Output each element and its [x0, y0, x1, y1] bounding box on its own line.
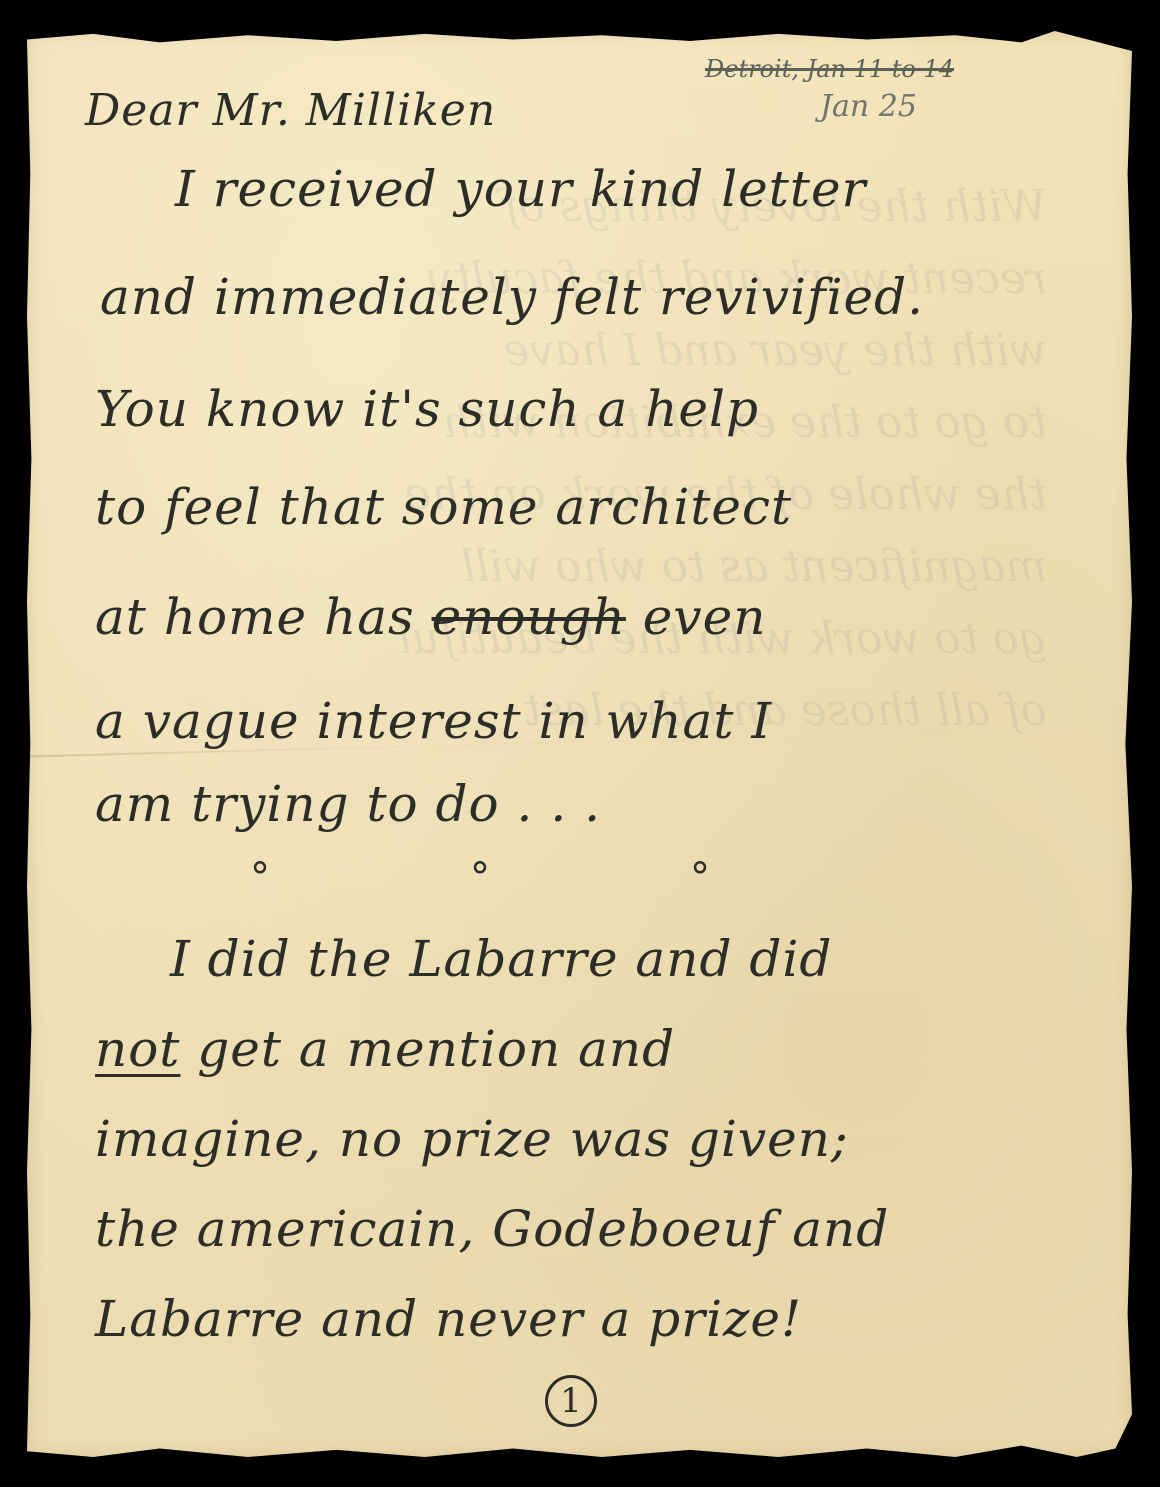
letter-line: You know it's such a help [95, 380, 759, 438]
line-text: at home has [95, 588, 432, 646]
letter-line: a vague interest in what I [95, 692, 772, 750]
letter-line: Labarre and never a prize! [95, 1290, 802, 1348]
salutation: Dear Mr. Milliken [85, 85, 496, 136]
letter-line: I did the Labarre and did [170, 930, 832, 988]
struck-out-word: enough [432, 588, 626, 646]
revised-date: Jan 25 [820, 89, 917, 124]
line-text: I received your kind letter [175, 160, 866, 218]
line-text: a vague interest in what I [95, 692, 772, 750]
letter-line: at home has enough even [95, 588, 766, 646]
letter-line: not get a mention and [95, 1020, 675, 1078]
section-break: ° ° ° [250, 855, 710, 901]
line-text: and immediately felt revivified. [100, 268, 924, 326]
letter-line: the americain, Godeboeuf and [95, 1200, 889, 1258]
line-text: am trying to do . . . [95, 775, 601, 833]
letter-line: I received your kind letter [175, 160, 866, 218]
line-text: get a mention and [180, 1020, 675, 1078]
line-text: the americain, Godeboeuf and [95, 1200, 889, 1258]
line-text: Labarre and never a prize! [95, 1290, 802, 1348]
line-text: I did the Labarre and did [170, 930, 832, 988]
line-text: to feel that some architect [95, 478, 792, 536]
letter-line: imagine, no prize was given; [95, 1110, 849, 1168]
line-text: imagine, no prize was given; [95, 1110, 849, 1168]
section-break-dot: ° [690, 855, 710, 901]
section-break-dot: ° [250, 855, 270, 901]
section-break-dot: ° [470, 855, 490, 901]
bleed-through-text: With the lovely things of recent work an… [147, 171, 1047, 747]
letter-line: to feel that some architect [95, 478, 792, 536]
letter-line: and immediately felt revivified. [100, 268, 924, 326]
line-text: even [626, 588, 767, 646]
letter-line: am trying to do . . . [95, 775, 601, 833]
struck-out-date: Detroit, Jan 11 to 14 [705, 55, 954, 83]
line-text: You know it's such a help [95, 380, 759, 438]
underlined-word: not [95, 1020, 180, 1078]
page-number: 1 [545, 1375, 597, 1427]
